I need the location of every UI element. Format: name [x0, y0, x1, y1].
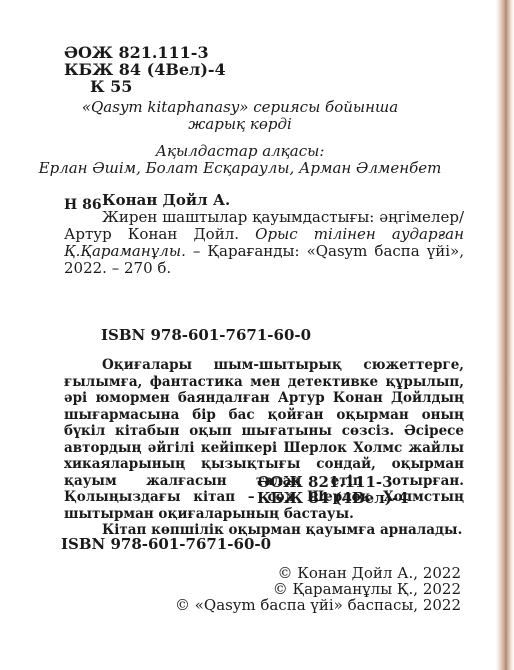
udc-code: ӘОЖ 821.111-3	[64, 44, 226, 61]
isbn-top: ISBN 978-601-7671-60-0	[101, 326, 311, 344]
lbc-code-bottom: КБЖ 84 (4Вел)-4	[257, 490, 409, 506]
lbc-code: КБЖ 84 (4Вел)-4	[64, 61, 226, 78]
catalog-author: Конан Дойл А.	[64, 192, 464, 209]
copyright-block: © Конан Дойл А., 2022 © Қараманұлы Қ., 2…	[150, 565, 461, 613]
editorial-board-members: Ерлан Әшім, Болат Есқараулы, Арман Әлмен…	[0, 160, 480, 177]
editorial-board-label: Ақылдастар алқасы:	[0, 143, 480, 160]
classification-codes-bottom: ӘОЖ 821.111-3 КБЖ 84 (4Вел)-4	[257, 474, 409, 506]
book-spine-shadow	[496, 0, 514, 670]
copyright-line: © «Qasym баспа үйі» баспасы, 2022	[150, 597, 461, 613]
isbn-bottom: ISBN 978-601-7671-60-0	[61, 535, 271, 553]
catalog-code: Н 86	[64, 197, 102, 214]
author-mark: К 55	[64, 78, 226, 95]
classification-codes: ӘОЖ 821.111-3 КБЖ 84 (4Вел)-4 К 55	[64, 44, 226, 95]
copyright-line: © Конан Дойл А., 2022	[150, 565, 461, 581]
editorial-board: Ақылдастар алқасы: Ерлан Әшім, Болат Есқ…	[0, 143, 480, 177]
catalog-entry: Н 86 Конан Дойл А. Жирен шаштылар қауымд…	[64, 192, 464, 277]
abstract: Оқиғалары шым-шытырық сюжеттерге, ғылымғ…	[64, 357, 464, 539]
catalog-description: Жирен шаштылар қауымдастығы: әңгімелер/ …	[64, 209, 464, 277]
series-line-1: «Qasym kitaphanasy» сериясы бойынша	[0, 99, 480, 116]
copyright-line: © Қараманұлы Қ., 2022	[150, 581, 461, 597]
series-line-2: жарық көрді	[0, 116, 480, 133]
series-note: «Qasym kitaphanasy» сериясы бойынша жары…	[0, 99, 480, 133]
udc-code-bottom: ӘОЖ 821.111-3	[257, 474, 409, 490]
